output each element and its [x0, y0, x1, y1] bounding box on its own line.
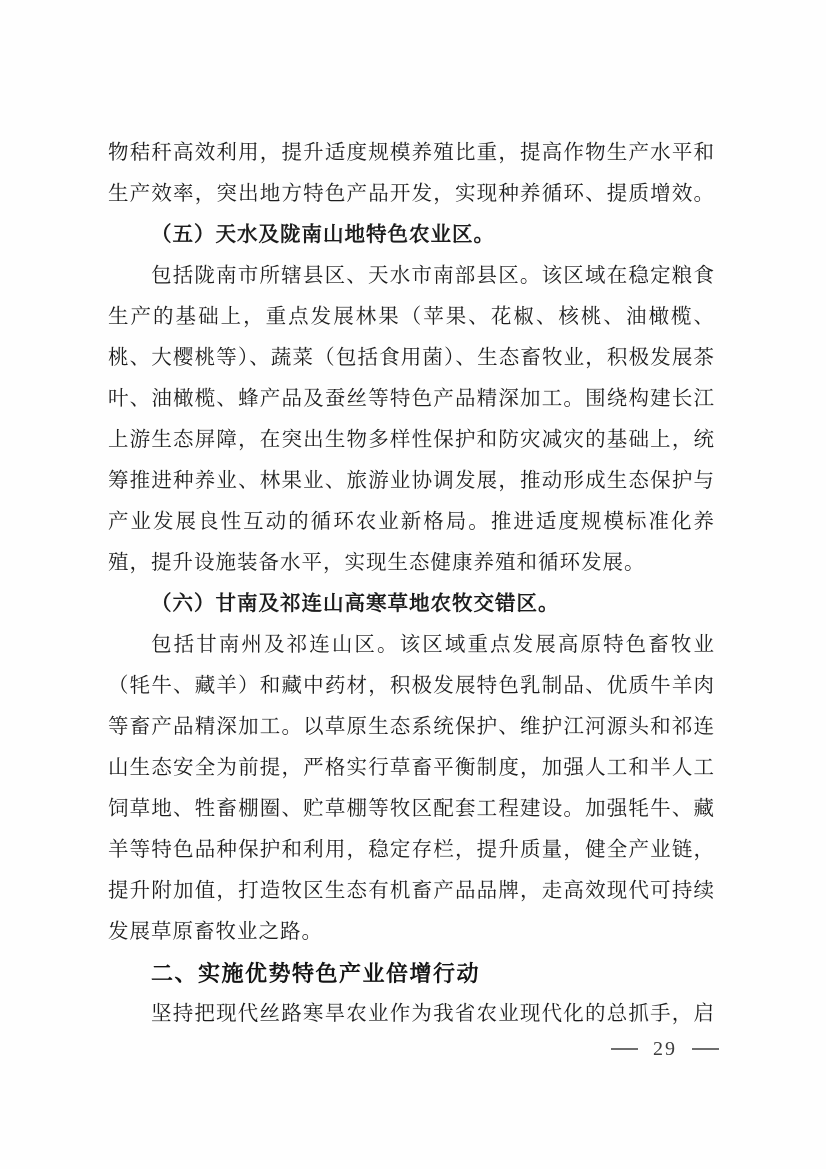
text-line: 殖，提升设施装备水平，实现生态健康养殖和循环发展。 [108, 543, 714, 584]
text-line: 饲草地、牲畜棚圈、贮草棚等牧区配套工程建设。加强牦牛、藏 [108, 789, 714, 830]
page-number: 29 [653, 1038, 677, 1060]
text-line: 包括甘南州及祁连山区。该区域重点发展高原特色畜牧业 [108, 625, 714, 666]
text-line: 叶、油橄榄、蜂产品及蚕丝等特色产品精深加工。围绕构建长江 [108, 379, 714, 420]
text-line: 产业发展良性互动的循环农业新格局。推进适度规模标准化养 [108, 502, 714, 543]
text-line: 生产效率，突出地方特色产品开发，实现种养循环、提质增效。 [108, 174, 714, 215]
text-line: 坚持把现代丝路寒旱农业作为我省农业现代化的总抓手，启 [108, 994, 714, 1035]
text-line: 提升附加值，打造牧区生态有机畜产品品牌，走高效现代可持续 [108, 871, 714, 912]
document-body: 物秸秆高效利用，提升适度规模养殖比重，提高作物生产水平和生产效率，突出地方特色产… [108, 133, 714, 1035]
footer-dash-left-icon [611, 1048, 638, 1050]
text-line: 生产的基础上，重点发展林果（苹果、花椒、核桃、油橄榄、 [108, 297, 714, 338]
document-page: 物秸秆高效利用，提升适度规模养殖比重，提高作物生产水平和生产效率，突出地方特色产… [0, 0, 826, 1169]
sub-heading: （五）天水及陇南山地特色农业区。 [108, 215, 714, 256]
text-line: 山生态安全为前提，严格实行草畜平衡制度，加强人工和半人工 [108, 748, 714, 789]
sub-heading: （六）甘南及祁连山高寒草地农牧交错区。 [108, 584, 714, 625]
text-line: 等畜产品精深加工。以草原生态系统保护、维护江河源头和祁连 [108, 707, 714, 748]
text-line: 羊等特色品种保护和利用，稳定存栏，提升质量，健全产业链， [108, 830, 714, 871]
section-heading: 二、实施优势特色产业倍增行动 [108, 953, 714, 994]
text-line: 包括陇南市所辖县区、天水市南部县区。该区域在稳定粮食 [108, 256, 714, 297]
text-line: 上游生态屏障，在突出生物多样性保护和防灾减灾的基础上，统 [108, 420, 714, 461]
footer-dash-right-icon [692, 1048, 719, 1050]
text-line: 物秸秆高效利用，提升适度规模养殖比重，提高作物生产水平和 [108, 133, 714, 174]
text-line: 发展草原畜牧业之路。 [108, 912, 714, 953]
text-line: （牦牛、藏羊）和藏中药材，积极发展特色乳制品、优质牛羊肉 [108, 666, 714, 707]
page-footer: 29 [611, 1038, 719, 1060]
text-line: 筹推进种养业、林果业、旅游业协调发展，推动形成生态保护与 [108, 461, 714, 502]
text-line: 桃、大樱桃等）、蔬菜（包括食用菌）、生态畜牧业，积极发展茶 [108, 338, 714, 379]
